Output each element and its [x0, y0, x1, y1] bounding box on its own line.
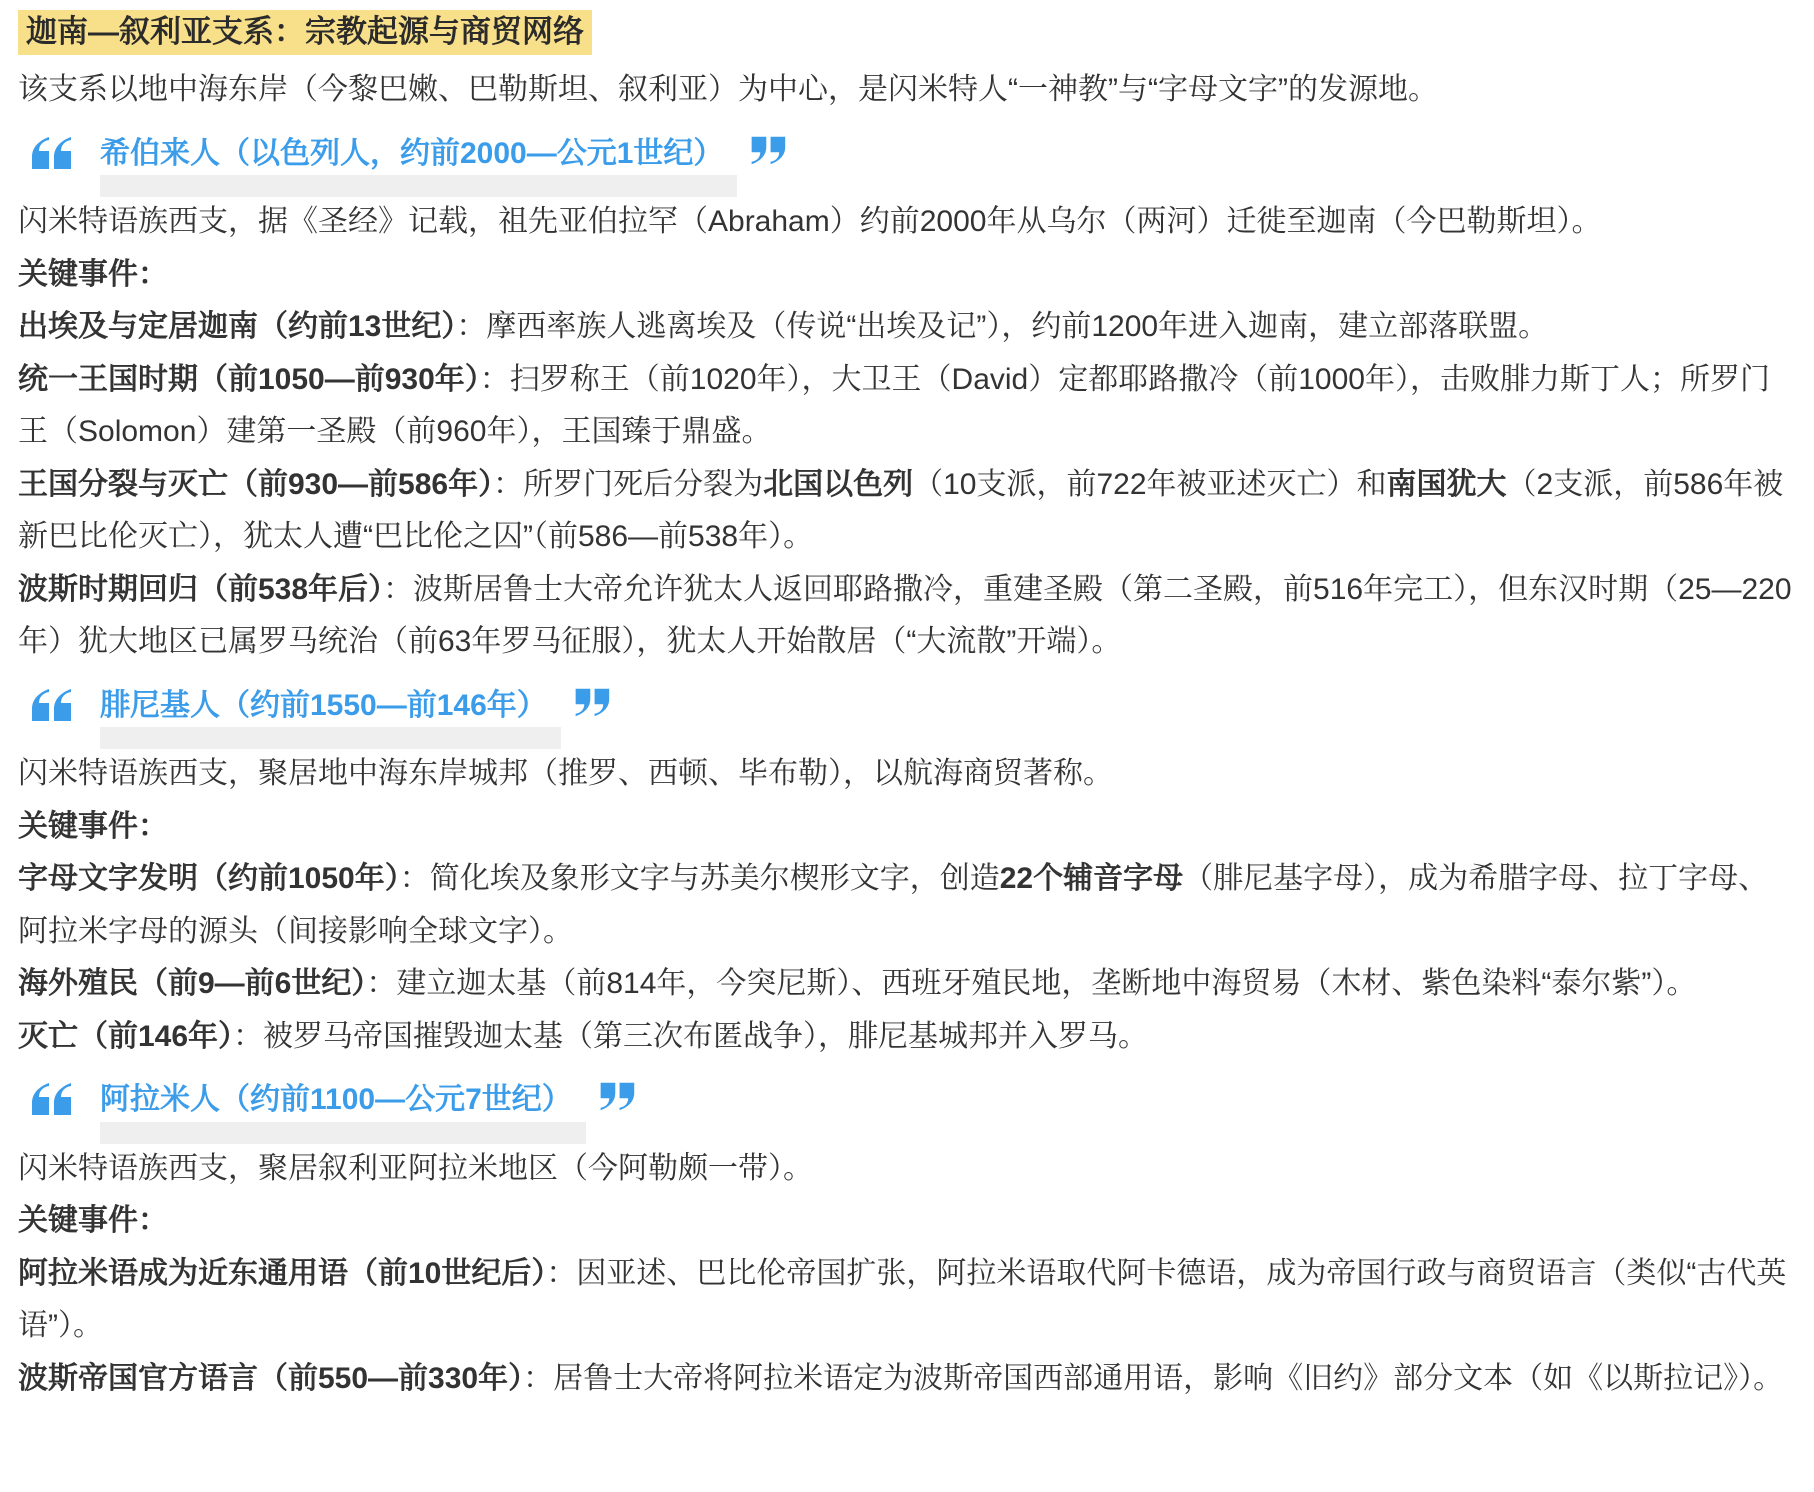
event-title: 王国分裂与灭亡（前930—前586年）	[18, 468, 493, 501]
quote-heading-text: 阿拉米人（约前1100—公元7世纪）	[100, 1079, 572, 1119]
event-title: 阿拉米语成为近东通用语（前10世纪后）	[18, 1257, 546, 1290]
close-quote-icon	[598, 1079, 636, 1112]
event-title: 波斯帝国官方语言（前550—前330年）	[18, 1362, 523, 1395]
page-title: 迦南—叙利亚支系：宗教起源与商贸网络	[18, 10, 1796, 54]
title-highlight: 迦南—叙利亚支系：宗教起源与商贸网络	[18, 10, 592, 55]
section-description: 闪米特语族西支，聚居叙利亚阿拉米地区（今阿勒颇一带）。	[18, 1143, 1796, 1196]
open-quote-icon	[30, 685, 74, 723]
quote-heading: 阿拉米人（约前1100—公元7世纪）	[18, 1079, 1796, 1119]
quote-heading: 希伯来人（以色列人，约前2000—公元1世纪）	[18, 133, 1796, 173]
document: 迦南—叙利亚支系：宗教起源与商贸网络 该支系以地中海东岸（今黎巴嫩、巴勒斯坦、叙…	[0, 0, 1814, 1445]
quote-heading-text: 腓尼基人（约前1550—前146年）	[100, 685, 547, 725]
event-paragraph: 阿拉米语成为近东通用语（前10世纪后）：因亚述、巴比伦帝国扩张，阿拉米语取代阿卡…	[18, 1248, 1796, 1353]
event-paragraph: 出埃及与定居迦南（约前13世纪）：摩西率族人逃离埃及（传说“出埃及记”），约前1…	[18, 301, 1796, 354]
event-paragraph: 海外殖民（前9—前6世纪）：建立迦太基（前814年，今突尼斯）、西班牙殖民地，垄…	[18, 958, 1796, 1011]
close-quote-icon	[573, 685, 611, 718]
event-paragraph: 波斯时期回归（前538年后）：波斯居鲁士大帝允许犹太人返回耶路撒冷，重建圣殿（第…	[18, 564, 1796, 669]
event-title: 字母文字发明（约前1050年）	[18, 862, 400, 895]
event-paragraph: 统一王国时期（前1050—前930年）：扫罗称王（前1020年），大卫王（Dav…	[18, 354, 1796, 459]
event-paragraph: 王国分裂与灭亡（前930—前586年）：所罗门死后分裂为北国以色列（10支派，前…	[18, 459, 1796, 564]
key-events-label: 关键事件：	[18, 801, 1796, 854]
event-body: ：居鲁士大帝将阿拉米语定为波斯帝国西部通用语，影响《旧约》部分文本（如《以斯拉记…	[523, 1362, 1783, 1395]
event-title: 统一王国时期（前1050—前930年）	[18, 363, 480, 396]
event-title: 波斯时期回归（前538年后）	[18, 573, 383, 606]
event-title: 海外殖民（前9—前6世纪）	[18, 967, 366, 1000]
section-description: 闪米特语族西支，据《圣经》记载，祖先亚伯拉罕（Abraham）约前2000年从乌…	[18, 196, 1796, 249]
open-quote-icon	[30, 1079, 74, 1117]
quote-heading-text: 希伯来人（以色列人，约前2000—公元1世纪）	[100, 133, 723, 173]
event-paragraph: 字母文字发明（约前1050年）：简化埃及象形文字与苏美尔楔形文字，创造22个辅音…	[18, 853, 1796, 958]
section-arameans: 阿拉米人（约前1100—公元7世纪） 闪米特语族西支，聚居叙利亚阿拉米地区（今阿…	[18, 1079, 1796, 1405]
section-hebrews: 希伯来人（以色列人，约前2000—公元1世纪） 闪米特语族西支，据《圣经》记载，…	[18, 133, 1796, 669]
event-title: 灭亡（前146年）	[18, 1020, 233, 1053]
section-description: 闪米特语族西支，聚居地中海东岸城邦（推罗、西顿、毕布勒），以航海商贸著称。	[18, 748, 1796, 801]
event-body: ：建立迦太基（前814年，今突尼斯）、西班牙殖民地，垄断地中海贸易（木材、紫色染…	[366, 967, 1696, 1000]
close-quote-icon	[749, 133, 787, 166]
event-paragraph: 灭亡（前146年）：被罗马帝国摧毁迦太基（第三次布匿战争），腓尼基城邦并入罗马。	[18, 1011, 1796, 1064]
open-quote-icon	[30, 133, 74, 171]
event-body: ：摩西率族人逃离埃及（传说“出埃及记”），约前1200年进入迦南，建立部落联盟。	[456, 310, 1548, 343]
section-phoenicians: 腓尼基人（约前1550—前146年） 闪米特语族西支，聚居地中海东岸城邦（推罗、…	[18, 685, 1796, 1064]
intro-paragraph: 该支系以地中海东岸（今黎巴嫩、巴勒斯坦、叙利亚）为中心，是闪米特人“一神教”与“…	[18, 64, 1796, 117]
key-events-label: 关键事件：	[18, 249, 1796, 302]
event-body: ：被罗马帝国摧毁迦太基（第三次布匿战争），腓尼基城邦并入罗马。	[233, 1020, 1148, 1053]
event-paragraph: 波斯帝国官方语言（前550—前330年）：居鲁士大帝将阿拉米语定为波斯帝国西部通…	[18, 1353, 1796, 1406]
key-events-label: 关键事件：	[18, 1195, 1796, 1248]
quote-heading: 腓尼基人（约前1550—前146年）	[18, 685, 1796, 725]
event-title: 出埃及与定居迦南（约前13世纪）	[18, 310, 456, 343]
